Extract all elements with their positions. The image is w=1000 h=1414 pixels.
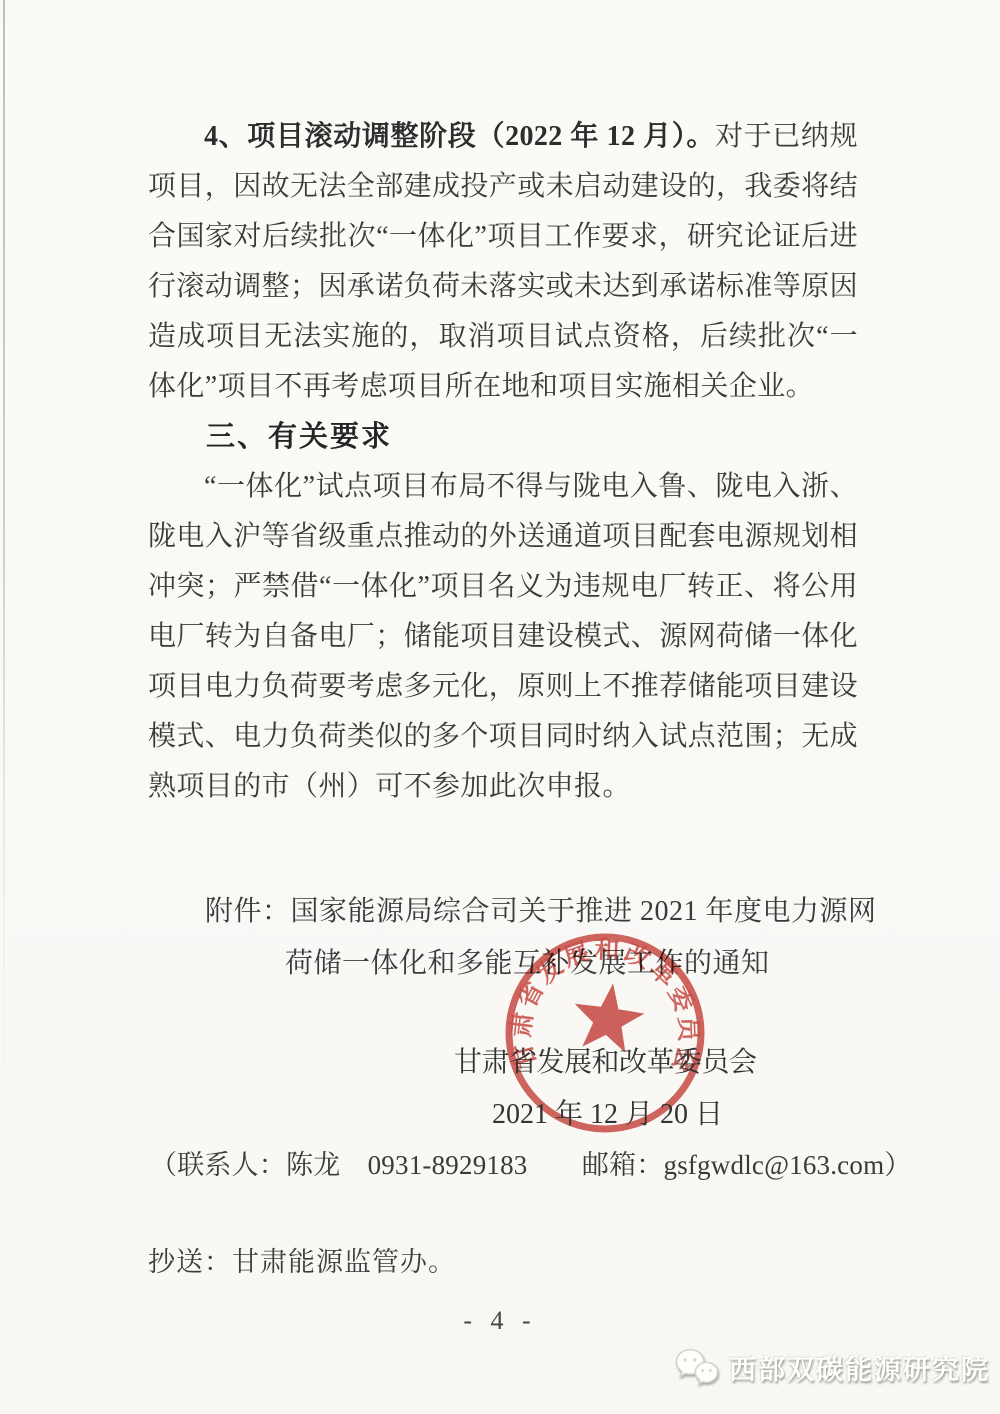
contact-line: （联系人：陈龙 0931-8929183 邮箱：gsfgwdlc@163.com… — [150, 1143, 911, 1182]
paragraph-rolling-adjustment: 4、项目滚动调整阶段（2022 年 12 月）。对于已纳规项目，因故无法全部建成… — [148, 112, 858, 412]
issuing-organization: 甘肃省发展和改革委员会 — [454, 1040, 757, 1080]
paragraph-lead-bold: 4、项目滚动调整阶段（2022 年 12 月）。 — [204, 121, 715, 152]
cc-line: 抄送：甘肃能源监管办。 — [148, 1240, 456, 1279]
page-number: - 4 - — [0, 1306, 1000, 1336]
scan-edge-artifact — [3, 0, 5, 1120]
document-body: 4、项目滚动调整阶段（2022 年 12 月）。对于已纳规项目，因故无法全部建成… — [148, 112, 858, 812]
watermark: 西部双碳能源研究院 — [674, 1346, 990, 1388]
section-heading-requirements: 三、有关要求 — [148, 412, 858, 462]
document-date: 2021 年 12 月 20 日 — [492, 1092, 723, 1132]
paragraph-body-text: 对于已纳规项目，因故无法全部建成投产或未启动建设的，我委将结合国家对后续批次“一… — [148, 121, 858, 402]
wechat-icon — [674, 1346, 720, 1388]
attachment-label: 附件： — [205, 896, 291, 927]
watermark-text: 西部双碳能源研究院 — [729, 1348, 990, 1387]
document-page: 4、项目滚动调整阶段（2022 年 12 月）。对于已纳规项目，因故无法全部建成… — [0, 0, 1000, 1414]
attachment-title-part1: 国家能源局综合司关于推进 2021 年度电力源网 — [291, 896, 877, 927]
paragraph-requirements: “一体化”试点项目布局不得与陇电入鲁、陇电入浙、陇电入沪等省级重点推动的外送通道… — [148, 462, 858, 812]
